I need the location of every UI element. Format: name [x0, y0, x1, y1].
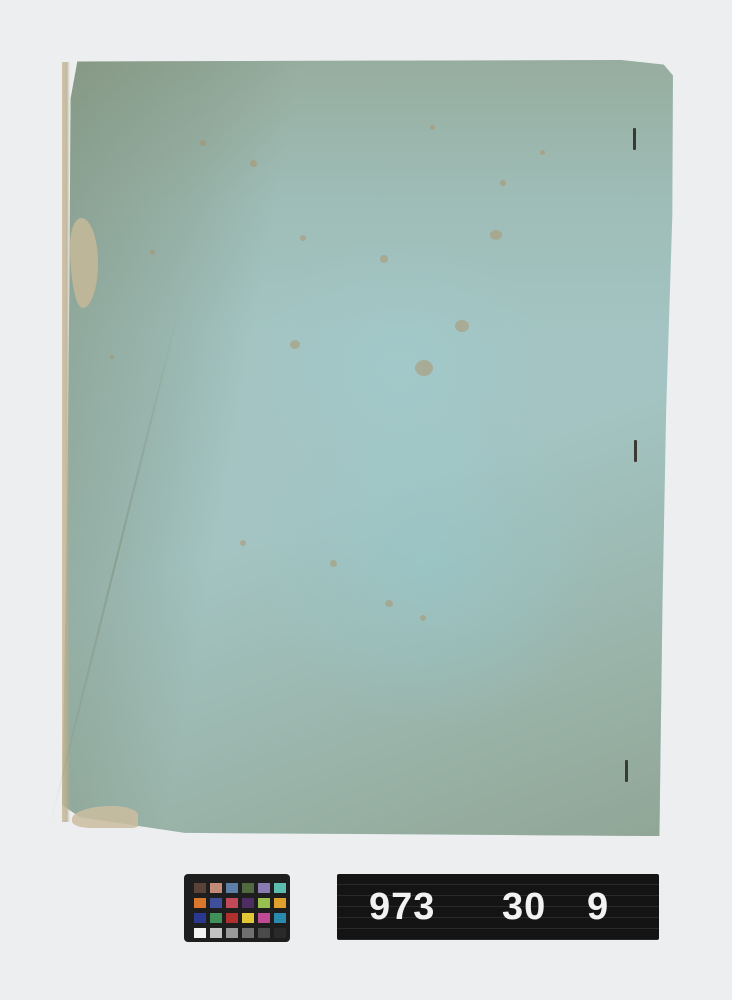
color-swatch — [258, 883, 270, 893]
color-swatch — [242, 883, 254, 893]
color-checker-card — [184, 874, 290, 942]
color-swatch — [258, 898, 270, 908]
color-swatch — [226, 898, 238, 908]
color-swatch — [242, 898, 254, 908]
accession-part-2: 30 — [502, 886, 546, 929]
color-swatch — [274, 928, 286, 938]
accession-part-3: 9 — [587, 886, 609, 929]
color-swatch — [274, 913, 286, 923]
color-swatch — [194, 913, 206, 923]
color-swatch — [194, 898, 206, 908]
staple-middle — [634, 440, 637, 462]
staple-top — [633, 128, 636, 150]
document-spine-edge — [62, 62, 70, 822]
accession-part-1: 973 — [369, 886, 435, 929]
color-swatch — [210, 928, 222, 938]
color-swatch — [258, 928, 270, 938]
color-swatch — [274, 883, 286, 893]
color-swatch — [274, 898, 286, 908]
color-swatch — [226, 928, 238, 938]
color-swatch — [194, 928, 206, 938]
staple-bottom — [625, 760, 628, 782]
color-swatch — [210, 883, 222, 893]
document-cover — [62, 60, 676, 836]
color-swatch — [258, 913, 270, 923]
color-swatch — [226, 883, 238, 893]
color-swatch — [226, 913, 238, 923]
color-swatch — [242, 913, 254, 923]
scan-scene: 973 30 9 — [0, 0, 732, 1000]
color-swatch — [210, 898, 222, 908]
color-swatch — [242, 928, 254, 938]
accession-number-label: 973 30 9 — [337, 874, 659, 940]
paper-tear-bottom — [72, 806, 138, 828]
color-swatch — [194, 883, 206, 893]
color-swatch — [210, 913, 222, 923]
